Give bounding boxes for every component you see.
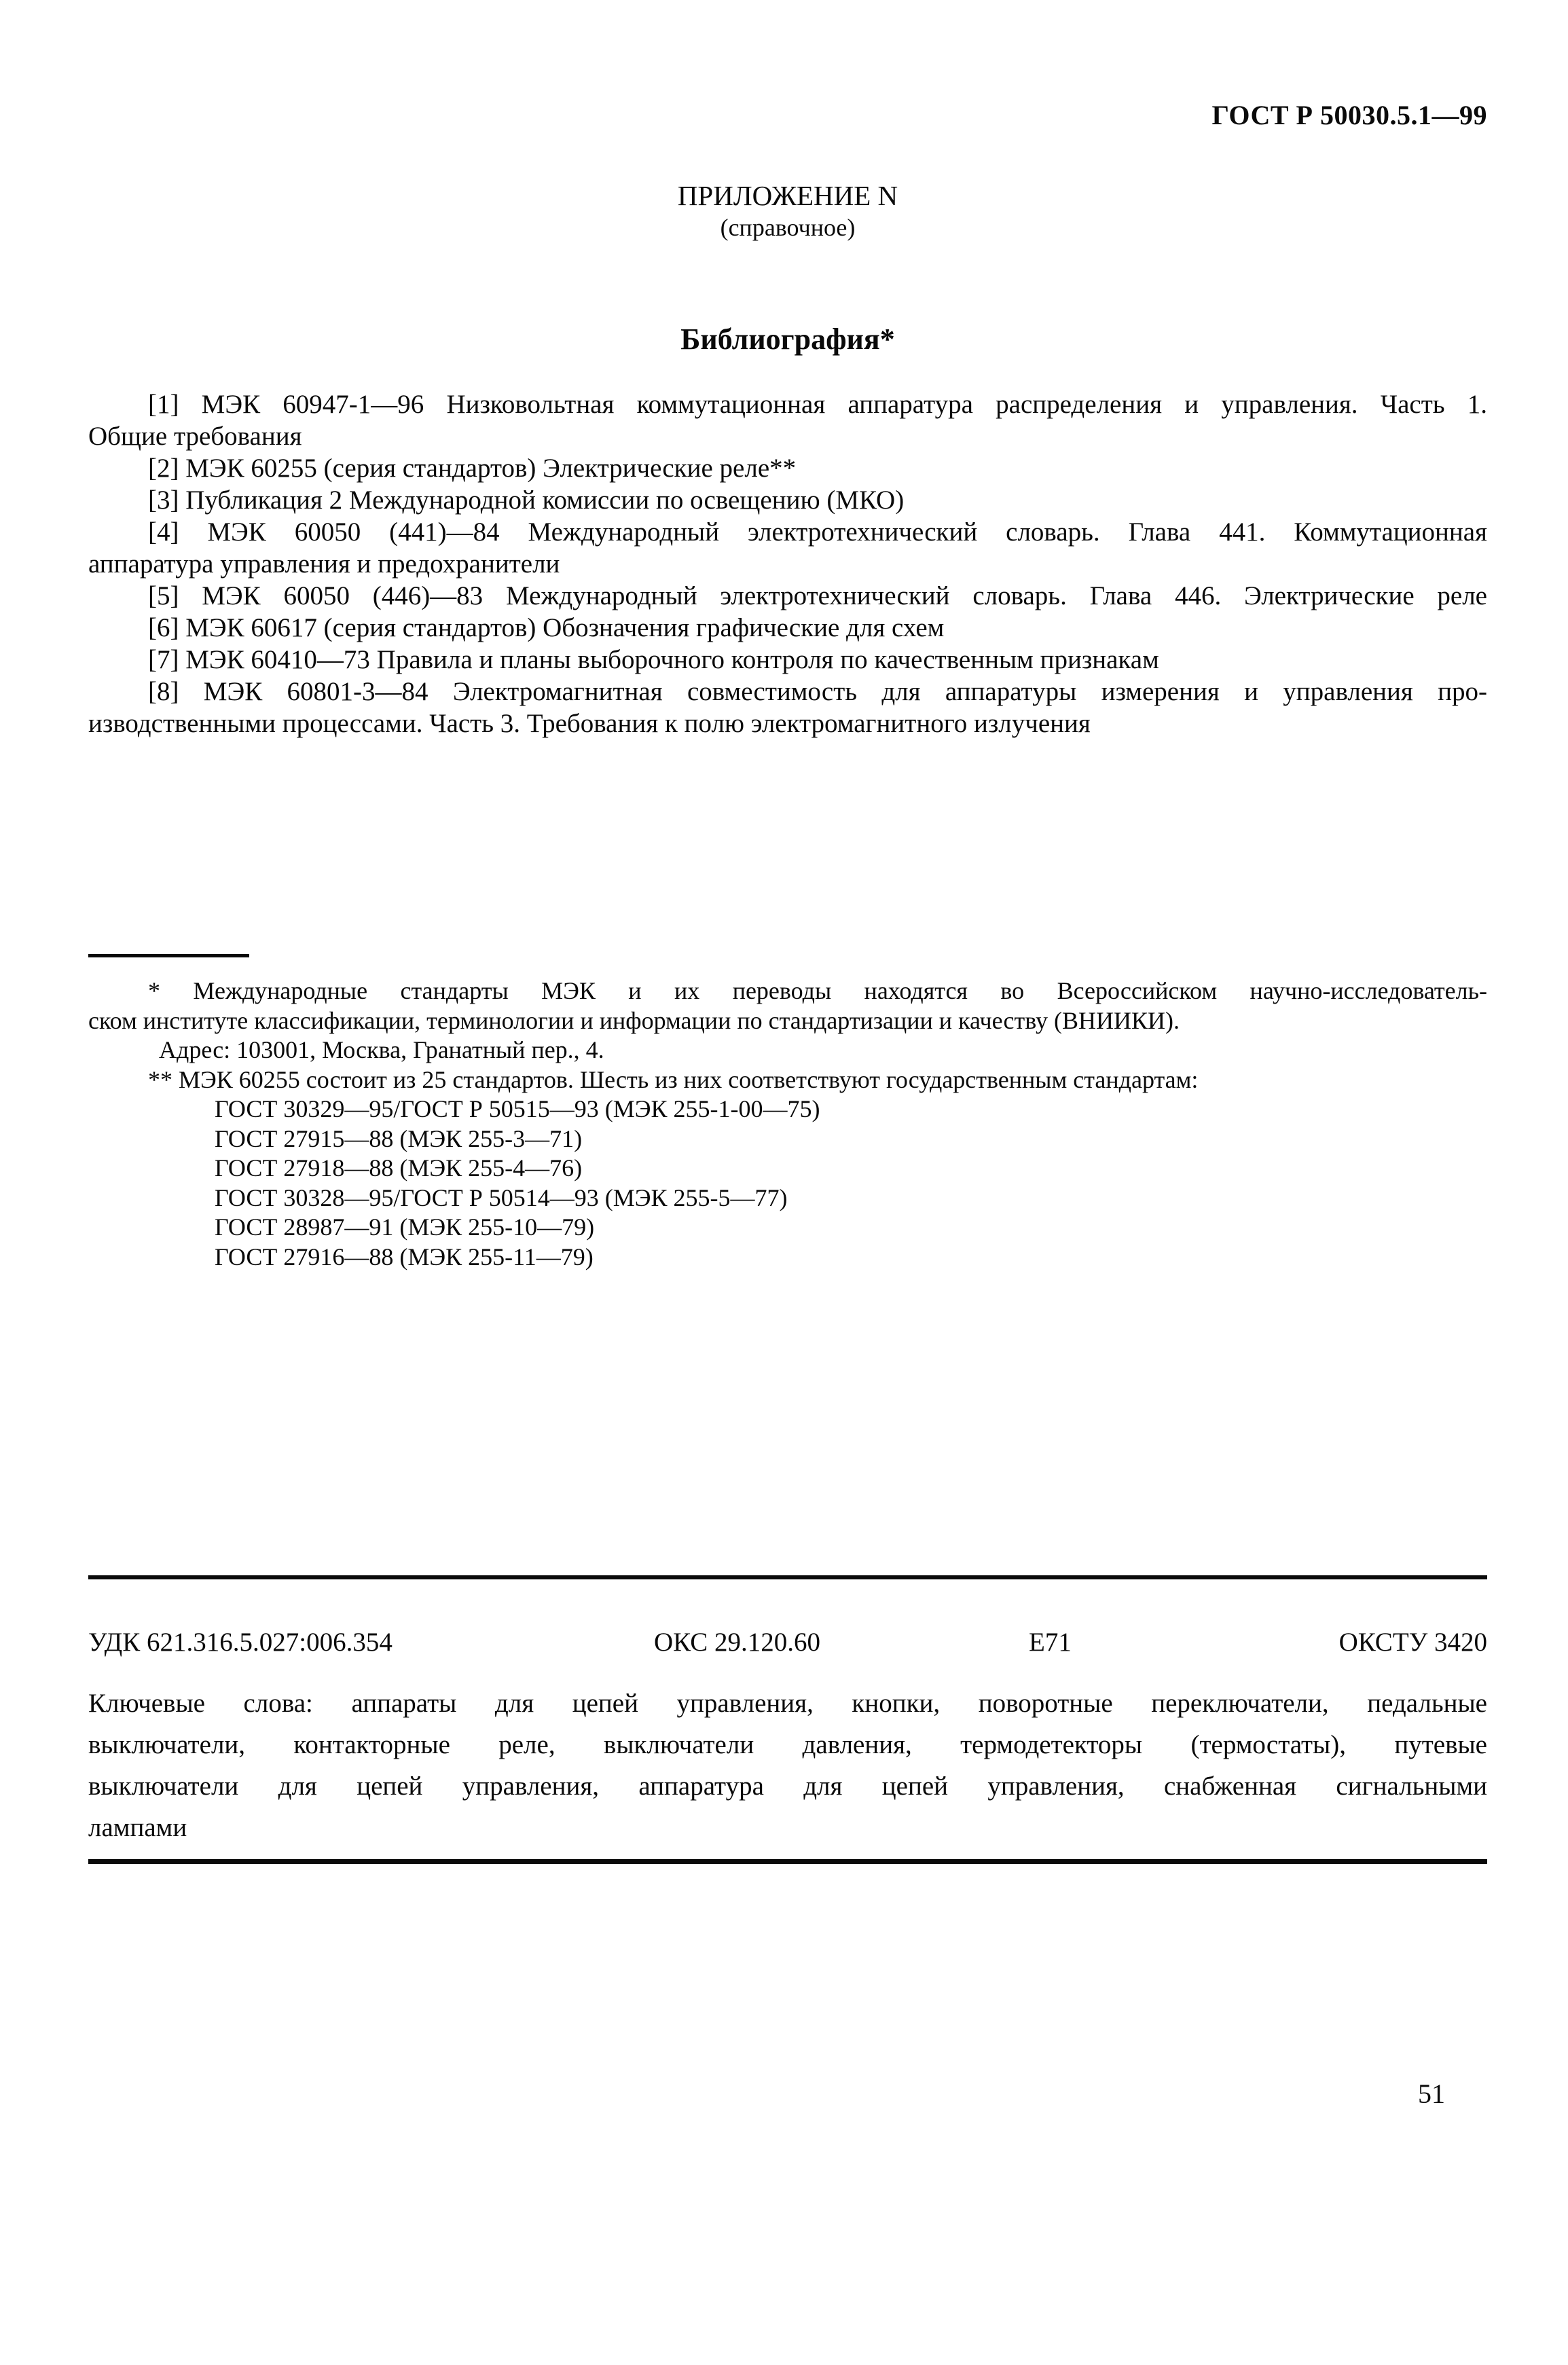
- keywords-line: Ключевые слова: аппараты для цепей управ…: [88, 1683, 1487, 1724]
- footnote-separator: [88, 954, 249, 957]
- bibliography-line: [7] МЭК 60410—73 Правила и планы выбороч…: [88, 644, 1487, 676]
- gost-list-line: ГОСТ 27918—88 (МЭК 255-4—76): [88, 1154, 1487, 1184]
- bibliography-line: [2] МЭК 60255 (серия стандартов) Электри…: [88, 452, 1487, 484]
- bibliography-line: [1] МЭК 60947-1—96 Низковольтная коммута…: [88, 388, 1487, 420]
- bibliography-line: аппаратура управления и предохранители: [88, 548, 1487, 580]
- bibliography-list: [1] МЭК 60947-1—96 Низковольтная коммута…: [88, 388, 1487, 739]
- divider-line-bottom: [88, 1859, 1487, 1864]
- appendix-title: ПРИЛОЖЕНИЕ N: [88, 179, 1487, 212]
- appendix-subtitle: (справочное): [88, 213, 1487, 242]
- gost-list-line: ГОСТ 27916—88 (МЭК 255-11—79): [88, 1243, 1487, 1272]
- document-page: ГОСТ Р 50030.5.1—99 ПРИЛОЖЕНИЕ N (справо…: [0, 0, 1568, 2365]
- doc-number: ГОСТ Р 50030.5.1—99: [88, 99, 1487, 131]
- gost-list-line: ГОСТ 27915—88 (МЭК 255-3—71): [88, 1124, 1487, 1154]
- keywords-line: выключатели для цепей управления, аппара…: [88, 1765, 1487, 1807]
- footnote-line: ** МЭК 60255 состоит из 25 стандартов. Ш…: [88, 1065, 1487, 1095]
- gost-list-line: ГОСТ 28987—91 (МЭК 255-10—79): [88, 1213, 1487, 1243]
- keywords-line: лампами: [88, 1807, 1487, 1848]
- keywords-line: выключатели, контакторные реле, выключат…: [88, 1724, 1487, 1765]
- footnotes: * Международные стандарты МЭК и их перев…: [88, 976, 1487, 1272]
- bibliography-line: Общие требования: [88, 420, 1487, 452]
- classification-code: Е71: [1029, 1627, 1072, 1657]
- bibliography-line: [6] МЭК 60617 (серия стандартов) Обознач…: [88, 612, 1487, 644]
- page-number: 51: [1418, 2078, 1445, 2110]
- bibliography-line: изводственными процессами. Часть 3. Треб…: [88, 708, 1487, 739]
- bibliography-line: [8] МЭК 60801-3—84 Электромагнитная совм…: [88, 676, 1487, 708]
- udk-code: УДК 621.316.5.027:006.354: [88, 1627, 393, 1657]
- keywords-paragraph: Ключевые слова: аппараты для цепей управ…: [88, 1683, 1487, 1848]
- bibliography-line: [3] Публикация 2 Международной комиссии …: [88, 484, 1487, 516]
- gost-list-line: ГОСТ 30328—95/ГОСТ Р 50514—93 (МЭК 255-5…: [88, 1184, 1487, 1213]
- footnote-line: * Международные стандарты МЭК и их перев…: [88, 976, 1487, 1006]
- classification-row: УДК 621.316.5.027:006.354 ОКС 29.120.60 …: [88, 1627, 1487, 1661]
- bibliography-line: [4] МЭК 60050 (441)—84 Международный эле…: [88, 516, 1487, 548]
- bibliography-title: Библиография*: [88, 322, 1487, 356]
- gost-list-line: ГОСТ 30329—95/ГОСТ Р 50515—93 (МЭК 255-1…: [88, 1095, 1487, 1124]
- okstu-code: ОКСТУ 3420: [1339, 1627, 1487, 1657]
- divider-line-top: [88, 1575, 1487, 1579]
- bibliography-line: [5] МЭК 60050 (446)—83 Международный эле…: [88, 580, 1487, 612]
- footnote-line: ском институте классификации, терминолог…: [88, 1006, 1487, 1036]
- footnote-line: Адрес: 103001, Москва, Гранатный пер., 4…: [88, 1035, 1487, 1065]
- oks-code: ОКС 29.120.60: [654, 1627, 820, 1657]
